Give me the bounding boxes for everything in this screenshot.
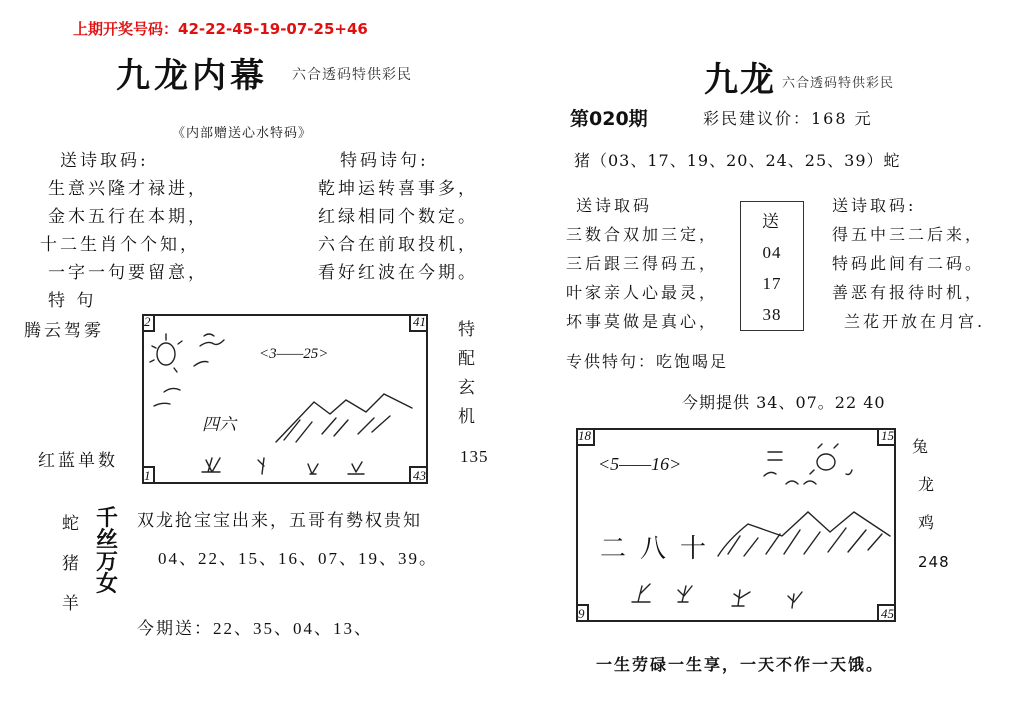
side-label-cloud: 腾云驾雾 <box>24 316 104 341</box>
poem-line: 六合在前取投机， <box>318 231 478 259</box>
poem-heading: 特码诗句: <box>318 147 478 175</box>
zodiac-vertical: 蛇 猪 羊 <box>62 504 82 624</box>
poem-line: 乾坤运转喜事多， <box>318 175 478 203</box>
side-vertical-special: 特 配 玄 机 <box>458 316 478 432</box>
send-box-number: 17 <box>763 274 782 294</box>
vertical-char: 特 <box>458 316 478 345</box>
numbers-line: 04、22、15、16、07、19、39。 <box>158 544 438 569</box>
issue-number: 第020期 <box>570 104 648 131</box>
poem-line: 三数合双加三定， <box>566 220 718 249</box>
zodiac-char: 蛇 <box>62 504 82 544</box>
poem-line: 金木五行在本期， <box>40 203 208 231</box>
price-label: 彩民建议价：168 元 <box>703 106 873 129</box>
zodiac-char: 兔 <box>912 428 937 466</box>
right-page-subtitle: 六合透码特供彩民 <box>782 72 894 91</box>
footer-proverb: 一生劳碌一生享，一天不作一天饿。 <box>596 652 884 675</box>
poem-line: 三后跟三得码五， <box>566 249 718 278</box>
calligraphy-char: 丝 <box>96 530 118 552</box>
poem-line: 得五中三二后来， <box>832 220 985 249</box>
last-draw-banner: 上期开奖号码：42-22-45-19-07-25+46 <box>73 18 368 39</box>
poem-heading: 送诗取码: <box>832 191 985 220</box>
landscape-drawing-icon <box>144 316 426 482</box>
poem-line: 坏事莫做是真心， <box>566 307 718 336</box>
poem-line: 特码此间有二码。 <box>832 249 985 278</box>
poem-heading: 送诗取码: <box>40 147 208 175</box>
send-numbers-box: 送 04 17 38 <box>740 201 804 331</box>
zodiac-numbers: 猪（03、17、19、20、24、25、39）蛇 <box>574 148 901 171</box>
provide-line: 今期提供 34、07。22 40 <box>682 390 886 413</box>
zodiac-char: 龙 <box>912 466 937 504</box>
poem-heading: 送诗取码 <box>566 191 718 220</box>
poem-line: 红绿相同个数定。 <box>318 203 478 231</box>
poem-line: 十二生肖个个知， <box>40 231 208 259</box>
right-zodiac-vertical: 兔 龙 鸡 <box>912 428 937 542</box>
poem-line: 生意兴隆才禄进， <box>40 175 208 203</box>
special-phrase: 专供特句：吃饱喝足 <box>566 349 728 372</box>
verse-line: 双龙抢宝宝出来，五哥有勢权贵知 <box>137 506 422 531</box>
poem-line: 一字一句要留意， <box>40 259 208 287</box>
side-number: 248 <box>918 553 950 571</box>
left-sketch-box: 2 41 1 43 <3——25> 四六 <box>142 314 428 484</box>
calligraphy-char: 万 <box>96 552 118 574</box>
poem-line: 看好红波在今期。 <box>318 259 478 287</box>
landscape-drawing-icon <box>578 430 894 620</box>
left-poem-send: 送诗取码: 生意兴隆才禄进， 金木五行在本期， 十二生肖个个知， 一字一句要留意… <box>40 147 208 315</box>
calligraphy-char: 女 <box>96 574 118 596</box>
right-poem-special: 特码诗句: 乾坤运转喜事多， 红绿相同个数定。 六合在前取投机， 看好红波在今期… <box>318 147 478 287</box>
poem-line: 善恶有报待时机， <box>832 278 985 307</box>
poem-line: 兰花开放在月宫. <box>832 307 985 336</box>
send-line: 今期送：22、35、04、13、 <box>137 614 373 639</box>
poem-line: 叶家亲人心最灵， <box>566 278 718 307</box>
calligraphy-char: 千 <box>96 508 118 530</box>
send-box-number: 38 <box>763 305 782 325</box>
vertical-char: 机 <box>458 403 478 432</box>
poem-footer: 特 句 <box>40 287 208 315</box>
side-number: 135 <box>460 447 489 467</box>
section-title: 《内部赠送心水特码》 <box>172 122 312 141</box>
calligraphy-vertical: 千 丝 万 女 <box>96 508 118 596</box>
send-box-number: 04 <box>763 243 782 263</box>
vertical-char: 玄 <box>458 374 478 403</box>
left-page-subtitle: 六合透码特供彩民 <box>292 64 412 84</box>
right-page-title: 九龙 <box>704 52 776 101</box>
side-label-red-blue: 红蓝单数 <box>38 446 118 471</box>
last-draw-numbers: 42-22-45-19-07-25+46 <box>178 20 368 38</box>
right-sketch-box: 18 15 9 45 <5——16> 二八十 <box>576 428 896 622</box>
zodiac-char: 猪 <box>62 544 82 584</box>
send-box-label: 送 <box>762 207 782 232</box>
zodiac-char: 鸡 <box>912 504 937 542</box>
right-poem-send-right: 送诗取码: 得五中三二后来， 特码此间有二码。 善恶有报待时机， 兰花开放在月宫… <box>832 191 985 336</box>
vertical-char: 配 <box>458 345 478 374</box>
right-poem-send-left: 送诗取码 三数合双加三定， 三后跟三得码五， 叶家亲人心最灵， 坏事莫做是真心， <box>566 191 718 336</box>
left-page-title: 九龙内幕 <box>116 48 268 97</box>
last-draw-label: 上期开奖号码： <box>73 20 178 38</box>
zodiac-char: 羊 <box>62 584 82 624</box>
